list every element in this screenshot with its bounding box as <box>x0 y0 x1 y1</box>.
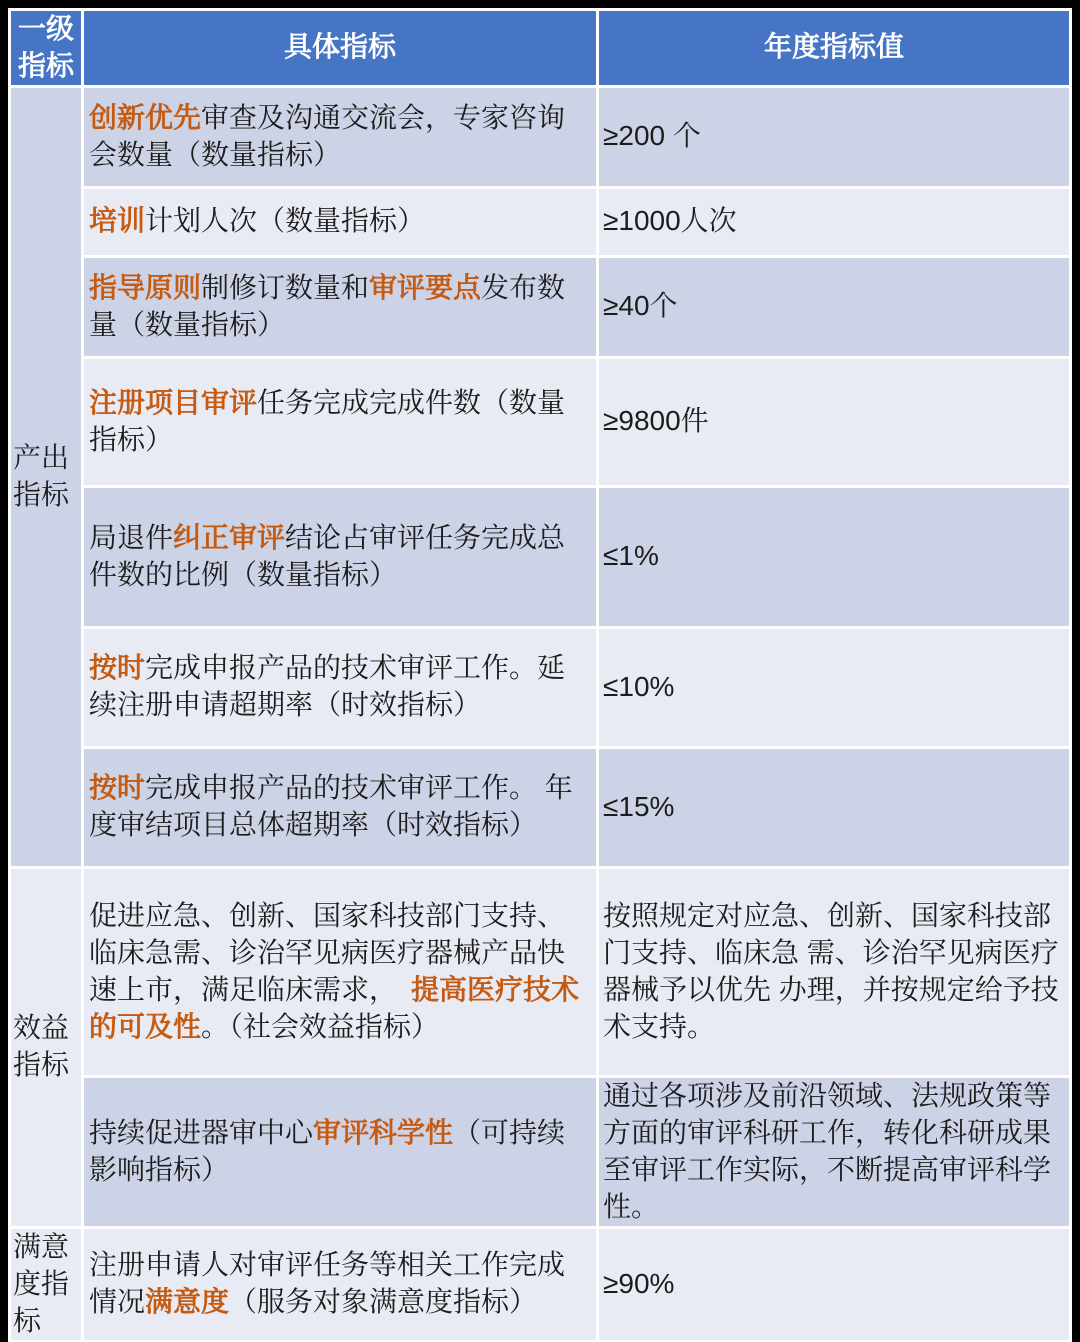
spec-cell: 培训计划人次（数量指标） <box>84 189 596 255</box>
spec-cell: 持续促进器审中心审评科学性（可持续影响指标） <box>84 1078 596 1226</box>
spec-cell: 创新优先审查及沟通交流会，专家咨询会数量（数量指标） <box>84 88 596 186</box>
spec-cell: 注册申请人对审评任务等相关工作完成情况满意度（服务对象满意度指标） <box>84 1229 596 1340</box>
table-row: 注册项目审评任务完成完成件数（数量指标） ≥9800件 <box>11 359 1069 485</box>
value-cell: ≥90% <box>599 1229 1069 1340</box>
group-label-benefit: 效益指标 <box>11 869 81 1226</box>
spec-cell: 注册项目审评任务完成完成件数（数量指标） <box>84 359 596 485</box>
spec-cell: 按时完成申报产品的技术审评工作。 年度审结项目总体超期率（时效指标） <box>84 749 596 866</box>
value-cell: ≥9800件 <box>599 359 1069 485</box>
table-row: 按时完成申报产品的技术审评工作。延续注册申请超期率（时效指标） ≤10% <box>11 629 1069 746</box>
plain-text: 完成申报产品的技术审评工作。 年度审结项目总体超期率（时效指标） <box>89 772 573 840</box>
highlight-text: 审评要点 <box>369 272 481 303</box>
table-row: 产出指标 创新优先审查及沟通交流会，专家咨询会数量（数量指标） ≥200 个 <box>11 88 1069 186</box>
header-row: 一级指标 具体指标 年度指标值 <box>11 11 1069 85</box>
value-cell: ≤15% <box>599 749 1069 866</box>
group-label-output: 产出指标 <box>11 88 81 866</box>
table-row: 指导原则制修订数量和审评要点发布数量（数量指标） ≥40个 <box>11 258 1069 356</box>
value-cell: 按照规定对应急、创新、国家科技部门支持、临床急 需、诊治罕见病医疗器械予以优先 … <box>599 869 1069 1075</box>
group-label-satisfaction: 满意度指标 <box>11 1229 81 1340</box>
header-primary-indicator: 一级指标 <box>11 11 81 85</box>
highlight-text: 按时 <box>89 652 145 683</box>
highlight-text: 注册项目审评 <box>89 387 257 418</box>
header-specific-indicator: 具体指标 <box>84 11 596 85</box>
table-row: 培训计划人次（数量指标） ≥1000人次 <box>11 189 1069 255</box>
value-cell: ≥1000人次 <box>599 189 1069 255</box>
highlight-text: 培训 <box>89 205 145 236</box>
spec-cell: 局退件纠正审评结论占审评任务完成总件数的比例（数量指标） <box>84 488 596 626</box>
plain-text: 局退件 <box>89 522 173 553</box>
spec-cell: 按时完成申报产品的技术审评工作。延续注册申请超期率（时效指标） <box>84 629 596 746</box>
value-cell: ≤10% <box>599 629 1069 746</box>
spec-cell: 指导原则制修订数量和审评要点发布数量（数量指标） <box>84 258 596 356</box>
header-annual-target: 年度指标值 <box>599 11 1069 85</box>
table-row: 持续促进器审中心审评科学性（可持续影响指标） 通过各项涉及前沿领域、法规政策等方… <box>11 1078 1069 1226</box>
plain-text: 计划人次（数量指标） <box>145 205 425 236</box>
value-cell: ≥40个 <box>599 258 1069 356</box>
highlight-text: 创新优先 <box>89 102 201 133</box>
performance-indicator-table: 一级指标 具体指标 年度指标值 产出指标 创新优先审查及沟通交流会，专家咨询会数… <box>8 8 1072 1342</box>
plain-text: 。（社会效益指标） <box>201 1011 439 1042</box>
highlight-text: 指导原则 <box>89 272 201 303</box>
highlight-text: 审评科学性 <box>313 1117 453 1148</box>
plain-text: 持续促进器审中心 <box>89 1117 313 1148</box>
highlight-text: 按时 <box>89 772 145 803</box>
plain-text: （服务对象满意度指标） <box>229 1286 537 1317</box>
highlight-text: 满意度 <box>145 1286 229 1317</box>
plain-text: 完成申报产品的技术审评工作。延续注册申请超期率（时效指标） <box>89 652 565 720</box>
table-row: 满意度指标 注册申请人对审评任务等相关工作完成情况满意度（服务对象满意度指标） … <box>11 1229 1069 1340</box>
table-frame: 一级指标 具体指标 年度指标值 产出指标 创新优先审查及沟通交流会，专家咨询会数… <box>0 0 1080 1342</box>
table-row: 效益指标 促进应急、创新、国家科技部门支持、临床急需、诊治罕见病医疗器械产品快速… <box>11 869 1069 1075</box>
table-row: 按时完成申报产品的技术审评工作。 年度审结项目总体超期率（时效指标） ≤15% <box>11 749 1069 866</box>
table-row: 局退件纠正审评结论占审评任务完成总件数的比例（数量指标） ≤1% <box>11 488 1069 626</box>
spec-cell: 促进应急、创新、国家科技部门支持、临床急需、诊治罕见病医疗器械产品快速上市，满足… <box>84 869 596 1075</box>
highlight-text: 纠正审评 <box>173 522 285 553</box>
plain-text: 制修订数量和 <box>201 272 369 303</box>
value-cell: ≥200 个 <box>599 88 1069 186</box>
value-cell: 通过各项涉及前沿领域、法规政策等方面的审评科研工作，转化科研成果至审评工作实际，… <box>599 1078 1069 1226</box>
value-cell: ≤1% <box>599 488 1069 626</box>
